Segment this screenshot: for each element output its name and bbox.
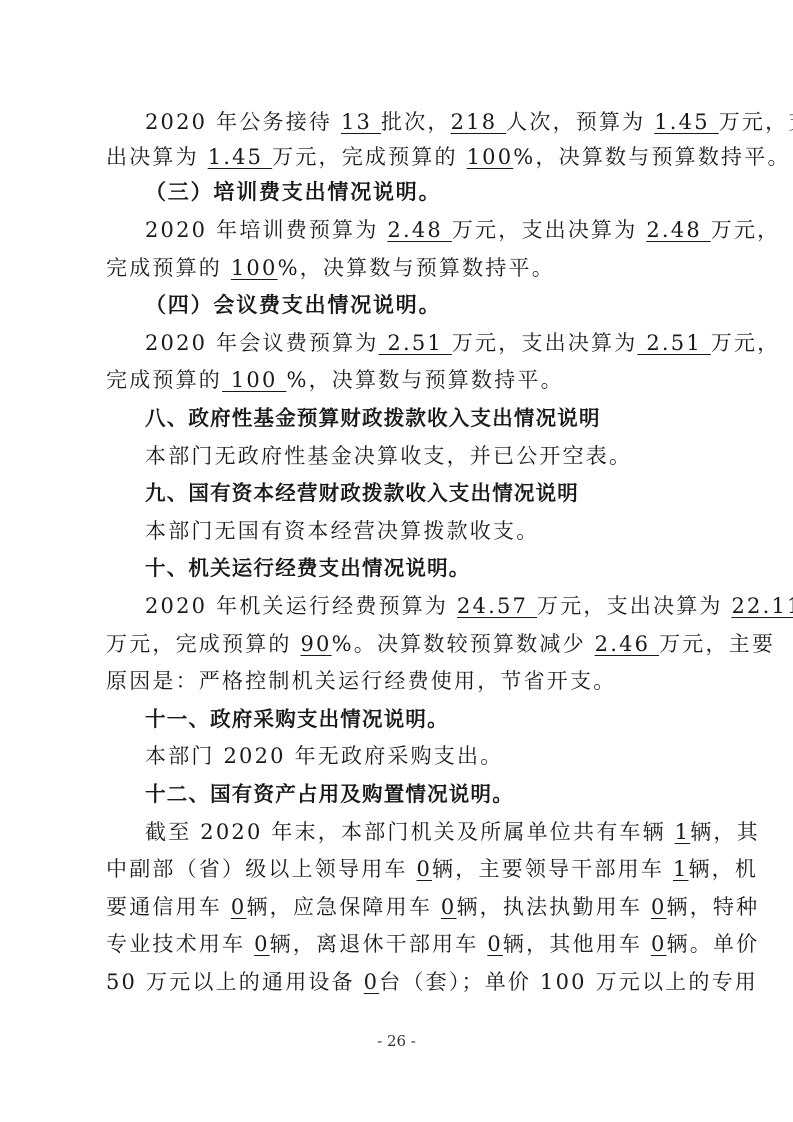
text-run: 万元，支出决算为 [452, 331, 638, 355]
text-run: 专业技术用车 [106, 932, 254, 956]
filled-value: 0 [416, 857, 432, 881]
section-heading: 十二、国有资产占用及购置情况说明。 [145, 780, 514, 808]
text-run: 截至 2020 年末，本部门机关及所属单位共有车辆 [145, 820, 675, 844]
text-run: 万元， [711, 218, 781, 242]
filled-value: 90 [300, 632, 331, 656]
text-run: 十一、政府采购支出情况说明。 [145, 707, 449, 731]
filled-value: 0 [487, 932, 503, 956]
text-run: 辆，机 [688, 857, 758, 881]
paragraph-line: 本部门无政府性基金决算收支，并已公开空表。 [145, 442, 632, 470]
paragraph-line: 2020 年培训费预算为 2.48 万元，支出决算为 2.48 万元， [145, 216, 780, 244]
text-run: 2020 年公务接待 [145, 110, 341, 134]
section-heading: 八、政府性基金预算财政拨款收入支出情况说明 [145, 404, 601, 432]
text-run: （三）培训费支出情况说明。 [145, 179, 441, 204]
filled-value: 2.46 [595, 632, 659, 656]
filled-value: 0 [651, 932, 667, 956]
text-run: 辆，执法执勤用车 [456, 895, 650, 919]
document-page: 2020 年公务接待 13 批次，218 人次，预算为 1.45 万元，支出决算… [0, 0, 793, 1122]
text-run: 出决算为 [106, 145, 208, 169]
text-run: 八、政府性基金预算财政拨款收入支出情况说明 [145, 406, 601, 430]
text-run: 辆，离退休干部用车 [270, 932, 488, 956]
filled-value: 100 [467, 145, 514, 169]
paragraph-line: 中副部（省）级以上领导用车 0辆，主要领导干部用车 1辆，机 [106, 855, 758, 883]
text-run: %。决算数较预算数减少 [332, 632, 595, 656]
text-run: 辆，主要领导干部用车 [432, 857, 673, 881]
filled-value: 0 [231, 895, 247, 919]
text-run: 辆。单价 [667, 932, 760, 956]
paragraph-line: 完成预算的 100%，决算数与预算数持平。 [106, 254, 555, 282]
text-run: 十、机关运行经费支出情况说明。 [145, 556, 471, 580]
filled-value: 2.51 [379, 331, 452, 355]
paragraph-line: 本部门 2020 年无政府采购支出。 [145, 742, 503, 770]
text-run: 万元，完成预算的 [106, 632, 300, 656]
filled-value: 1 [673, 857, 689, 881]
paragraph-line: 2020 年机关运行经费预算为 24.57 万元，支出决算为 22.11 [145, 592, 793, 620]
text-run: 完成预算的 [106, 256, 231, 280]
filled-value: 24.57 [457, 594, 537, 618]
text-run: 2020 年培训费预算为 [145, 218, 387, 242]
paragraph-line: 出决算为 1.45 万元，完成预算的 100%，决算数与预算数持平。 [106, 143, 791, 171]
text-run: 万元， [711, 331, 781, 355]
text-run: 批次， [381, 110, 451, 134]
section-heading: （四）会议费支出情况说明。 [145, 291, 441, 319]
text-run: 本部门无国有资本经营决算拨款收支。 [145, 519, 539, 543]
text-run: 辆，应急保障用车 [246, 895, 440, 919]
filled-value: 1.45 [208, 145, 272, 169]
filled-value: 2.48 [646, 218, 710, 242]
text-run: 完成预算的 [106, 368, 222, 392]
text-run: 万元，支出决算为 [452, 218, 646, 242]
paragraph-line: 截至 2020 年末，本部门机关及所属单位共有车辆 1辆，其 [145, 818, 760, 846]
text-run: 中副部（省）级以上领导用车 [106, 857, 416, 881]
filled-value: 22.11 [731, 594, 793, 618]
text-run: 原因是：严格控制机关运行经费使用，节省开支。 [106, 669, 616, 693]
paragraph-line: 完成预算的 100 %，决算数与预算数持平。 [106, 366, 564, 394]
paragraph-line: 2020 年会议费预算为 2.51 万元，支出决算为 2.51 万元， [145, 329, 780, 357]
filled-value: 218 [451, 110, 507, 134]
text-run: 万元，支出决算为 [537, 594, 731, 618]
filled-value: 2.51 [637, 331, 710, 355]
section-heading: 十一、政府采购支出情况说明。 [145, 705, 449, 733]
text-run: 辆，特种 [667, 895, 760, 919]
text-run: 本部门无政府性基金决算收支，并已公开空表。 [145, 444, 632, 468]
filled-value: 0 [441, 895, 457, 919]
text-run: 2020 年机关运行经费预算为 [145, 594, 457, 618]
text-run: 本部门 2020 年无政府采购支出。 [145, 744, 503, 768]
filled-value: 1 [675, 820, 691, 844]
paragraph-line: 50 万元以上的通用设备 0台（套）；单价 100 万元以上的专用 [106, 968, 758, 996]
section-heading: 十、机关运行经费支出情况说明。 [145, 554, 471, 582]
page-number: - 26 - [0, 1032, 793, 1050]
text-run: 人次，预算为 [506, 110, 654, 134]
paragraph-line: 本部门无国有资本经营决算拨款收支。 [145, 517, 539, 545]
text-run: 万元，完成预算的 [272, 145, 466, 169]
text-run: 2020 年会议费预算为 [145, 331, 379, 355]
filled-value: 2.48 [387, 218, 451, 242]
text-run: 十二、国有资产占用及购置情况说明。 [145, 782, 514, 806]
text-run: 要通信用车 [106, 895, 231, 919]
filled-value: 13 [341, 110, 381, 134]
filled-value: 0 [651, 895, 667, 919]
filled-value: 0 [254, 932, 270, 956]
text-run: 50 万元以上的通用设备 [106, 970, 364, 994]
paragraph-line: 专业技术用车 0辆，离退休干部用车 0辆，其他用车 0辆。单价 [106, 930, 759, 958]
text-run: %，决算数与预算数持平。 [513, 145, 790, 169]
text-run: 台（套）；单价 100 万元以上的专用 [379, 970, 758, 994]
section-heading: （三）培训费支出情况说明。 [145, 178, 441, 206]
text-run: 万元，主要 [659, 632, 775, 656]
text-run: 万元，支 [719, 110, 793, 134]
text-run: 辆，其 [690, 820, 760, 844]
text-run: （四）会议费支出情况说明。 [145, 292, 441, 317]
text-run: %，决算数与预算数持平。 [286, 368, 563, 392]
text-run: 九、国有资本经营财政拨款收入支出情况说明 [145, 481, 579, 505]
paragraph-line: 原因是：严格控制机关运行经费使用，节省开支。 [106, 667, 616, 695]
section-heading: 九、国有资本经营财政拨款收入支出情况说明 [145, 479, 579, 507]
text-run: %，决算数与预算数持平。 [278, 256, 555, 280]
paragraph-line: 要通信用车 0辆，应急保障用车 0辆，执法执勤用车 0辆，特种 [106, 893, 759, 921]
paragraph-line: 万元，完成预算的 90%。决算数较预算数减少 2.46 万元，主要 [106, 630, 775, 658]
filled-value: 0 [364, 970, 380, 994]
filled-value: 100 [231, 256, 278, 280]
paragraph-line: 2020 年公务接待 13 批次，218 人次，预算为 1.45 万元，支 [145, 108, 793, 136]
text-run: 辆，其他用车 [503, 932, 651, 956]
filled-value: 100 [222, 368, 286, 392]
filled-value: 1.45 [654, 110, 718, 134]
